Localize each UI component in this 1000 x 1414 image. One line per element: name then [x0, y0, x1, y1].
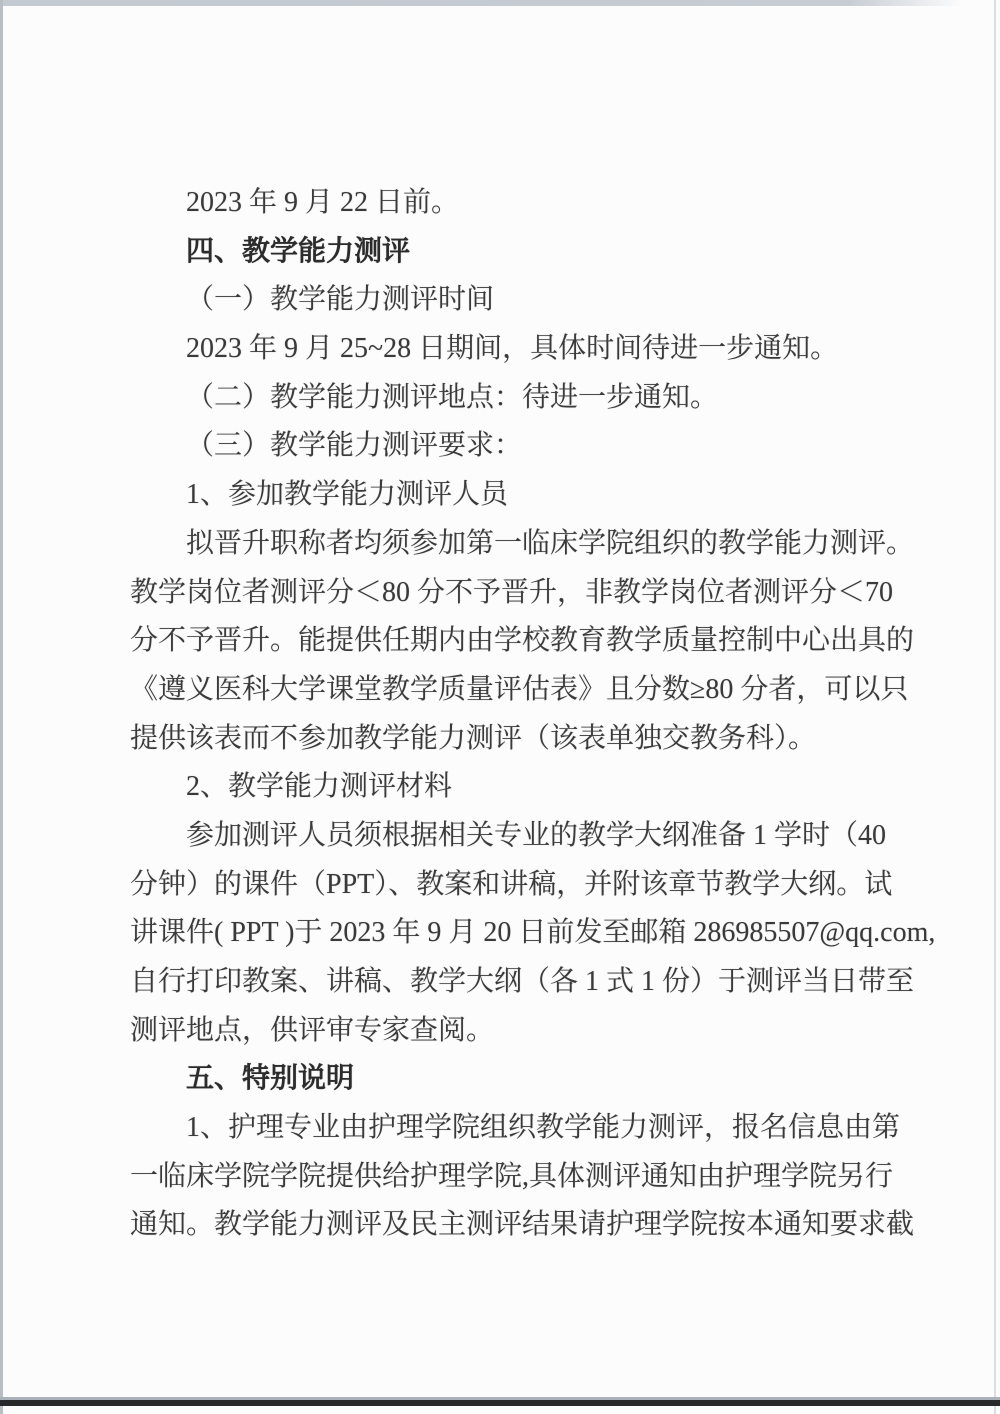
text-line: 分钟）的课件（PPT）、教案和讲稿，并附该章节教学大纲。试	[130, 861, 890, 910]
text-line: 2023 年 9 月 25~28 日期间，具体时间待进一步通知。	[130, 325, 890, 374]
subsection-heading-4-2: （二）教学能力测评地点：待进一步通知。	[130, 374, 890, 423]
text-line: 分不予晋升。能提供任期内由学校教育教学质量控制中心出具的	[130, 617, 890, 666]
scan-edge-right	[994, 0, 996, 1414]
text-line: 《遵义医科大学课堂教学质量评估表》且分数≥80 分者，可以只	[130, 666, 890, 715]
text-line: 1、护理专业由护理学院组织教学能力测评，报名信息由第	[130, 1104, 890, 1153]
text-line: 自行打印教案、讲稿、教学大纲（各 1 式 1 份）于测评当日带至	[130, 958, 890, 1007]
text-line: 教学岗位者测评分＜80 分不予晋升，非教学岗位者测评分＜70	[130, 569, 890, 618]
scan-edge-top	[0, 0, 963, 6]
text-line: 通知。教学能力测评及民主测评结果请护理学院按本通知要求截	[130, 1201, 890, 1250]
document-page: 2023 年 9 月 22 日前。 四、教学能力测评 （一）教学能力测评时间 2…	[0, 0, 1000, 1414]
text-line: 提供该表而不参加教学能力测评（该表单独交教务科）。	[130, 715, 890, 764]
document-body: 2023 年 9 月 22 日前。 四、教学能力测评 （一）教学能力测评时间 2…	[130, 179, 890, 1250]
subsection-heading-4-1: （一）教学能力测评时间	[130, 276, 890, 325]
text-line: 拟晋升职称者均须参加第一临床学院组织的教学能力测评。	[130, 520, 890, 569]
text-line-email: 讲课件( PPT )于 2023 年 9 月 20 日前发至邮箱 2869855…	[130, 909, 890, 958]
item-heading-1: 1、参加教学能力测评人员	[130, 471, 890, 520]
section-heading-4: 四、教学能力测评	[130, 228, 890, 277]
text-line-deadline: 2023 年 9 月 22 日前。	[130, 179, 890, 228]
item-heading-2: 2、教学能力测评材料	[130, 763, 890, 812]
scan-edge-left	[0, 0, 3, 1414]
section-heading-5: 五、特别说明	[130, 1055, 890, 1104]
subsection-heading-4-3: （三）教学能力测评要求：	[130, 422, 890, 471]
text-line: 测评地点，供评审专家查阅。	[130, 1007, 890, 1056]
text-line: 一临床学院学院提供给护理学院,具体测评通知由护理学院另行	[130, 1153, 890, 1202]
text-line: 参加测评人员须根据相关专业的教学大纲准备 1 学时（40	[130, 812, 890, 861]
scan-edge-bottom	[0, 1400, 1000, 1406]
